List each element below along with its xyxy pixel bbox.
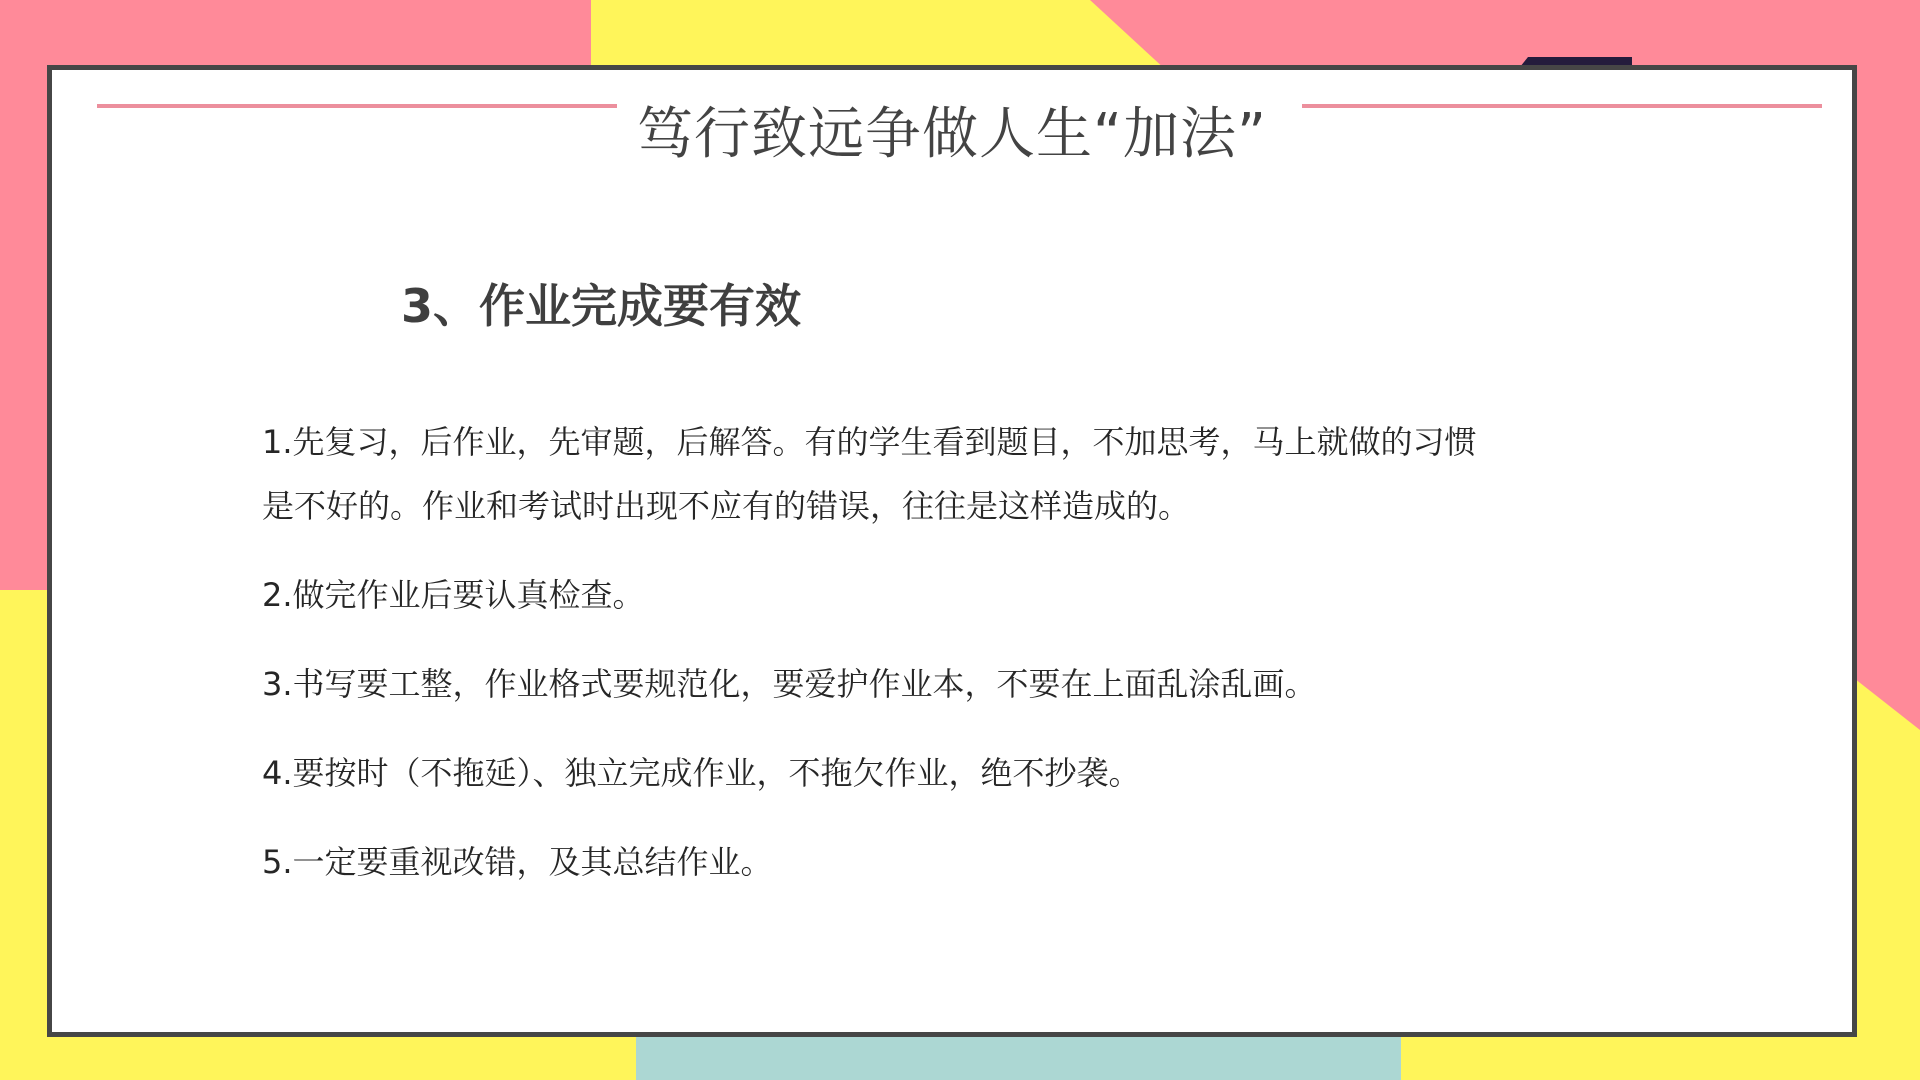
background-yellow-right-shape <box>1850 600 1920 1080</box>
slide-frame: 笃行致远争做人生“加法” 3、作业完成要有效 1.先复习，后作业，先审题，后解答… <box>47 65 1857 1037</box>
title-row: 笃行致远争做人生“加法” <box>52 100 1852 170</box>
list-item: 5.一定要重视改错，及其总结作业。 <box>262 830 1562 894</box>
list-item: 1.先复习，后作业，先审题，后解答。有的学生看到题目，不加思考，马上就做的习惯是… <box>262 410 1502 538</box>
section-heading: 3、作业完成要有效 <box>401 270 801 336</box>
page-title: 笃行致远争做人生“加法” <box>637 100 1267 170</box>
background-yellow-top-shape <box>591 0 1191 70</box>
background-teal-bottom-shape <box>636 1030 1401 1080</box>
content-list: 1.先复习，后作业，先审题，后解答。有的学生看到题目，不加思考，马上就做的习惯是… <box>262 410 1562 919</box>
list-item: 4.要按时（不拖延）、独立完成作业，不拖欠作业，绝不抄袭。 <box>262 741 1562 805</box>
list-item: 2.做完作业后要认真检查。 <box>262 563 1562 627</box>
list-item: 3.书写要工整，作业格式要规范化，要爱护作业本，不要在上面乱涂乱画。 <box>262 652 1562 716</box>
